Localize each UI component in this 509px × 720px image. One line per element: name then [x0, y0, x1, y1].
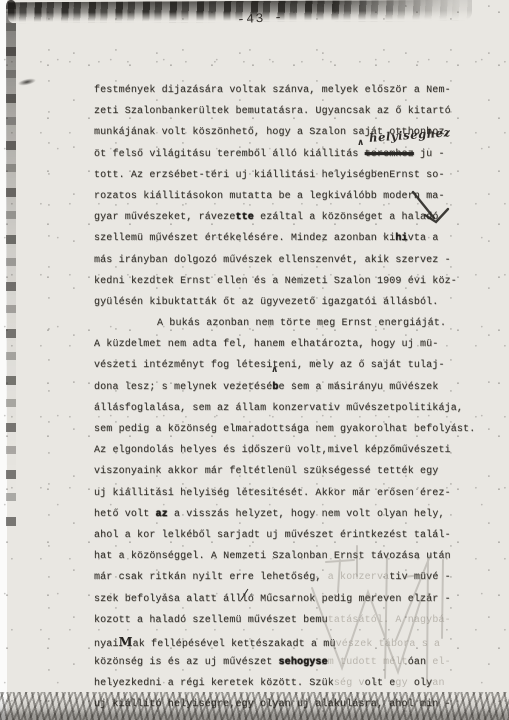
text-line: festmények dijazására voltak szánva, mel… — [94, 80, 499, 101]
page-number: -43 - — [237, 10, 284, 27]
text-line: már csak ritkán nyilt erre lehetőség, a … — [94, 567, 499, 588]
scan-edge-shadow-left — [6, 0, 16, 540]
document-body: festmények dijazására voltak szánva, mel… — [94, 80, 499, 716]
text-line: nyaiMak fellépésével kettészakadt a müvé… — [94, 631, 499, 652]
text-line: kedni kezdtek Ernst ellen és a Nemzeti S… — [94, 271, 499, 292]
text-line: szek befolyása alatt állló Műcsarnok ped… — [94, 589, 499, 610]
text-line: más irányban dolgozó művészek ellenszenv… — [94, 250, 499, 271]
text-line: zeti Szalonbankerültek bemutatásra. Ugya… — [94, 101, 499, 122]
text-line: uj kiállitási helyiség létesitését. Akko… — [94, 483, 499, 504]
text-line: tott. Az erzsébet-téri uj kiállitási hel… — [94, 165, 499, 186]
text-line: ahol a kor lelkéből sarjadt uj művészet … — [94, 525, 499, 546]
text-line: hető volt az a visszás helyzet, hogy nem… — [94, 504, 499, 525]
text-line: Az elgondolás helyes és időszerü volt,mi… — [94, 440, 499, 461]
ink-speck — [18, 77, 37, 87]
text-line: öt felső világitásu teremből álló kiálli… — [94, 144, 499, 165]
text-line: A bukás azonban nem törte meg Ernst ener… — [94, 313, 499, 334]
text-line: gyar művészeket, rávezette ezáltal a köz… — [94, 207, 499, 228]
text-line: szellemü művészet értékelésére. Mindez a… — [94, 228, 499, 249]
text-line: dona lesz; s melynek vezetésébe sem a má… — [94, 377, 499, 398]
insertion-caret-icon: ∧ — [271, 365, 278, 375]
text-line: közönség is és az uj művészet sehogysem … — [94, 652, 499, 673]
text-line: hat a közönséggel. A Nemzeti Szalonban E… — [94, 546, 499, 567]
insertion-caret-icon: ∧ — [357, 138, 364, 148]
scanned-page: -43 - festmények dijazására voltak szánv… — [0, 0, 509, 720]
text-line: gyülésén kibuktatták őt az ügyvezető iga… — [94, 292, 499, 313]
text-line: viszonyaink akkor már feltétlenül szüksé… — [94, 461, 499, 482]
text-line: rozatos kiállitásokon mutatta be a legki… — [94, 186, 499, 207]
text-line: állásfoglalása, sem az állam konzervativ… — [94, 398, 499, 419]
text-line: A küzdelmet nem adta fel, hanem elhatáro… — [94, 334, 499, 355]
text-line: kozott a haladó szellemü művészet bemuta… — [94, 610, 499, 631]
text-line: vészeti intézményt fog létesiteni, mely … — [94, 355, 499, 376]
text-line: sem pedig a közönség elmaradottsága nem … — [94, 419, 499, 440]
scan-edge-shadow-bottom — [0, 692, 509, 720]
